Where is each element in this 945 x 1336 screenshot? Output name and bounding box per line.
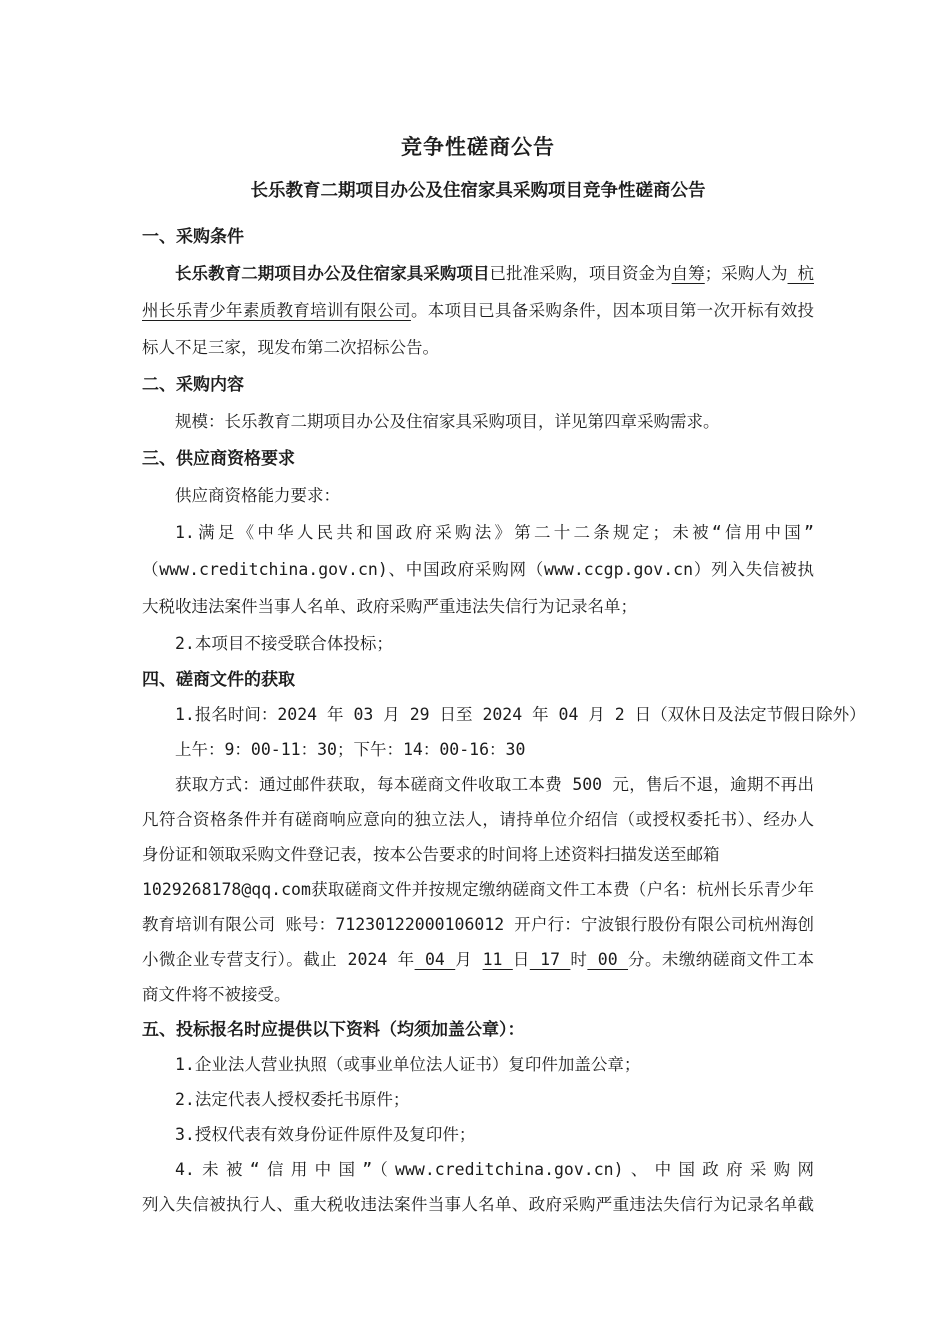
doc-line: 教育培训有限公司 账号：71230122000106012 开户行：宁波银行股份… [142,907,814,942]
doc-line: 供应商资格能力要求： [142,477,814,514]
text-segment: 时 [570,950,587,969]
doc-line: 商文件将不被接受。 [142,977,814,1012]
doc-line: （www.creditchina.gov.cn)、中国政府采购网（www.ccg… [142,551,814,588]
doc-subtitle: 长乐教育二期项目办公及住宿家具采购项目竞争性磋商公告 [142,170,814,210]
email-text: 1029268178@qq.com [142,880,311,899]
text-segment: 3.授权代表有效身份证件原件及复印件； [175,1125,475,1144]
text-segment: 凡符合资格条件并有磋商响应意向的独立法人，请持单位介绍信（或授权委托书）、经办人 [142,810,814,829]
text-segment: 一、采购条件 [142,227,244,246]
text-segment: ；采购人为 [705,264,788,283]
document-content: 竞争性磋商公告 长乐教育二期项目办公及住宿家具采购项目竞争性磋商公告 一、采购条… [142,126,814,1222]
doc-line: 2.法定代表人授权委托书原件； [142,1082,814,1117]
doc-line: 1029268178@qq.com获取磋商文件并按规定缴纳磋商文件工本费（户名：… [142,872,814,907]
text-segment: 上午：9：00-11：30；下午：14：00-16：30 [175,740,525,759]
text-segment: 2.法定代表人授权委托书原件； [175,1090,409,1109]
doc-line: 规模：长乐教育二期项目办公及住宿家具采购项目，详见第四章采购需求。 [142,403,814,440]
underlined-text: 杭 [788,264,814,283]
section-heading: 二、采购内容 [142,366,814,403]
doc-line: 3.授权代表有效身份证件原件及复印件； [142,1117,814,1152]
text-segment: 小微企业专营支行）。截止 2024 年 [142,950,415,969]
text-segment: 规模：长乐教育二期项目办公及住宿家具采购项目，详见第四章采购需求。 [175,412,720,431]
text-segment: 大税收违法案件当事人名单、政府采购严重违法失信行为记录名单； [142,597,637,616]
section-heading: 一、采购条件 [142,218,814,255]
underlined-text: 州长乐青少年素质教育培训有限公司 [142,301,411,320]
section-heading: 四、磋商文件的获取 [142,662,814,697]
text-segment: 2.本项目不接受联合体投标； [175,634,393,653]
doc-line: 小微企业专营支行）。截止 2024 年 04 月 11 日 17 时 00 分。… [142,942,814,977]
underlined-text: 11 [483,950,513,969]
doc-line: 4.未被“信用中国”（www.creditchina.gov.cn)、中国政府采… [142,1152,814,1187]
underlined-text: 自筹 [672,264,705,283]
text-segment: 商文件将不被接受。 [142,985,291,1004]
text-segment: 标人不足三家，现发布第二次招标公告。 [142,338,439,357]
underlined-text: 00 [587,950,628,969]
doc-line: 身份证和领取采购文件登记表，按本公告要求的时间将上述资料扫描发送至邮箱 [142,837,814,872]
doc-line: 1.企业法人营业执照（或事业单位法人证书）复印件加盖公章； [142,1047,814,1082]
doc-title: 竞争性磋商公告 [142,126,814,170]
doc-line: 1.满足《中华人民共和国政府采购法》第二十二条规定；未被“信用中国” [142,514,814,551]
text-segment: 二、采购内容 [142,375,244,394]
doc-line: 1.报名时间：2024 年 03 月 29 日至 2024 年 04 月 2 日… [142,697,814,732]
doc-line: 凡符合资格条件并有磋商响应意向的独立法人，请持单位介绍信（或授权委托书）、经办人 [142,802,814,837]
text-segment: 教育培训有限公司 账号：71230122000106012 开户行：宁波银行股份… [142,915,814,942]
text-segment: 1.满足《中华人民共和国政府采购法》第二十二条规定；未被“信用中国” [175,523,814,542]
text-segment: 日 [513,950,530,969]
text-segment: 列入失信被执行人、重大税收违法案件当事人名单、政府采购严重违法失信行为记录名单截 [142,1195,814,1214]
text-segment: 长乐教育二期项目办公及住宿家具采购项目 [175,265,490,283]
text-segment: （www.creditchina.gov.cn)、中国政府采购网（www.ccg… [142,560,814,588]
text-segment: 四、磋商文件的获取 [142,670,295,689]
text-segment: 1.报名时间：2024 年 03 月 29 日至 2024 年 04 月 2 日… [175,705,866,724]
doc-line: 大税收违法案件当事人名单、政府采购严重违法失信行为记录名单； [142,588,814,625]
text-segment: 三、供应商资格要求 [142,449,295,468]
text-segment: 五、投标报名时应提供以下资料（均须加盖公章）： [142,1020,525,1039]
document-body: 一、采购条件长乐教育二期项目办公及住宿家具采购项目已批准采购，项目资金为自筹；采… [142,218,814,1222]
text-segment: 供应商资格能力要求： [175,486,340,505]
document-page: 竞争性磋商公告 长乐教育二期项目办公及住宿家具采购项目竞争性磋商公告 一、采购条… [0,0,945,1336]
text-segment: 4.未被“信用中国”（www.creditchina.gov.cn)、中国政府采… [175,1160,814,1187]
section-heading: 五、投标报名时应提供以下资料（均须加盖公章）： [142,1012,814,1047]
doc-line: 标人不足三家，现发布第二次招标公告。 [142,329,814,366]
doc-line: 获取方式：通过邮件获取，每本磋商文件收取工本费 500 元，售后不退，逾期不再出… [142,767,814,802]
doc-line: 列入失信被执行人、重大税收违法案件当事人名单、政府采购严重违法失信行为记录名单截 [142,1187,814,1222]
underlined-text: 04 [415,950,456,969]
doc-line: 长乐教育二期项目办公及住宿家具采购项目已批准采购，项目资金为自筹；采购人为 杭 [142,255,814,292]
text-segment: 身份证和领取采购文件登记表，按本公告要求的时间将上述资料扫描发送至邮箱 [142,845,720,864]
text-segment: 获取方式：通过邮件获取，每本磋商文件收取工本费 500 元，售后不退，逾期不再出… [175,775,814,802]
underlined-text: 17 [530,950,571,969]
doc-line: 上午：9：00-11：30；下午：14：00-16：30 [142,732,814,767]
text-segment: 已批准采购，项目资金为 [490,264,672,283]
text-segment: 月 [455,950,482,969]
doc-line: 2.本项目不接受联合体投标； [142,625,814,662]
text-segment: 。本项目已具备采购条件，因本项目第一次开标有效投 [411,301,814,320]
text-segment: 1.企业法人营业执照（或事业单位法人证书）复印件加盖公章； [175,1055,640,1074]
doc-line: 州长乐青少年素质教育培训有限公司。本项目已具备采购条件，因本项目第一次开标有效投 [142,292,814,329]
section-heading: 三、供应商资格要求 [142,440,814,477]
